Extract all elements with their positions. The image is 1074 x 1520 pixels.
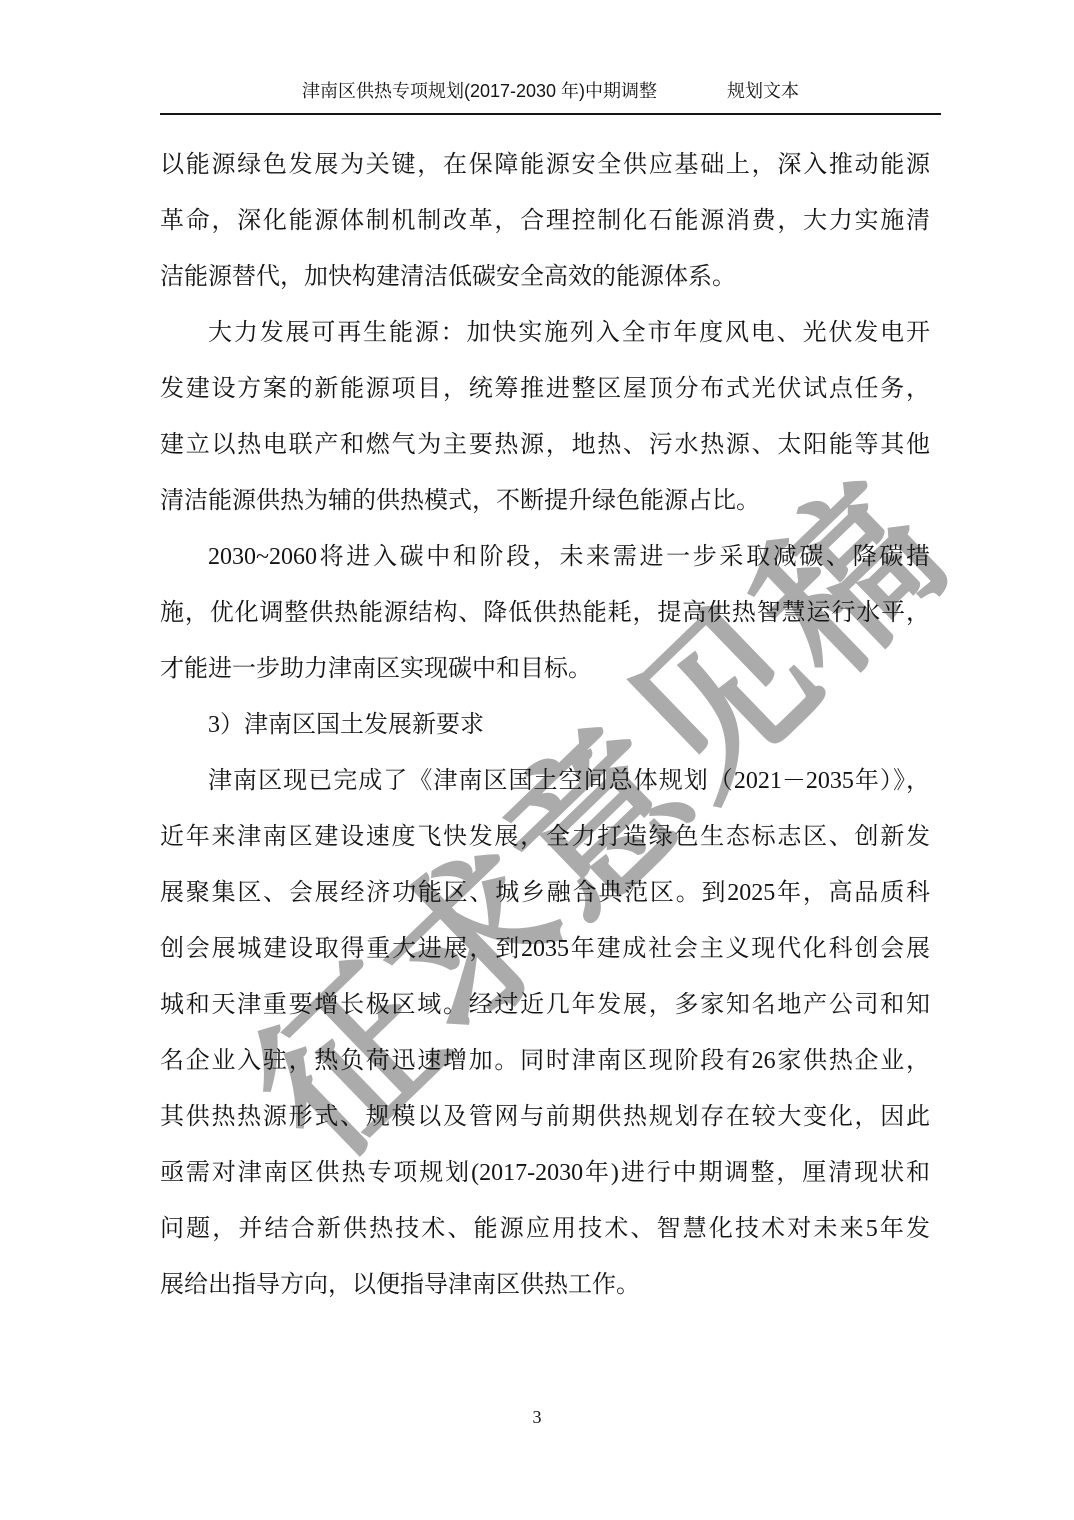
page-number: 3 [533,1407,542,1427]
body-line: 施，优化调整供热能源结构、降低供热能耗，提高供热智慧运行水平， [160,585,930,641]
body-line: 清洁能源供热为辅的供热模式，不断提升绿色能源占比。 [160,473,930,529]
page-footer: 3 [0,1405,1074,1429]
header-doc-type: 规划文本 [727,81,799,101]
document-page: 征求意见稿 津南区供热专项规划(2017-2030 年)中期调整规划文本 以能源… [0,0,1074,1520]
body-line: 大力发展可再生能源：加快实施列入全市年度风电、光伏发电开 [160,305,930,361]
header-title: 津南区供热专项规划(2017-2030 年)中期调整 [302,81,657,101]
body-line: 以能源绿色发展为关键，在保障能源安全供应基础上，深入推动能源 [160,137,930,193]
body-line: 2030~2060将进入碳中和阶段，未来需进一步采取减碳、降碳措 [160,529,930,585]
body-line: 创会展城建设取得重大进展，到2035年建成社会主义现代化科创会展 [160,921,930,977]
body-line: 发建设方案的新能源项目，统筹推进整区屋顶分布式光伏试点任务， [160,361,930,417]
body-line: 才能进一步助力津南区实现碳中和目标。 [160,641,930,697]
body-line: 问题，并结合新供热技术、能源应用技术、智慧化技术对未来5年发 [160,1201,930,1257]
body-line: 展聚集区、会展经济功能区、城乡融合典范区。到2025年，高品质科 [160,865,930,921]
body-line: 城和天津重要增长极区域。经过近几年发展，多家知名地产公司和知 [160,977,930,1033]
page-header: 津南区供热专项规划(2017-2030 年)中期调整规划文本 [160,78,941,115]
body-line: 其供热热源形式、规模以及管网与前期供热规划存在较大变化，因此 [160,1089,930,1145]
body-line: 近年来津南区建设速度飞快发展，全力打造绿色生态标志区、创新发 [160,809,930,865]
body-line: 名企业入驻，热负荷迅速增加。同时津南区现阶段有26家供热企业， [160,1033,930,1089]
document-body: 以能源绿色发展为关键，在保障能源安全供应基础上，深入推动能源革命，深化能源体制机… [160,137,930,1313]
body-line: 3）津南区国土发展新要求 [160,697,930,753]
body-line: 革命，深化能源体制机制改革，合理控制化石能源消费，大力实施清 [160,193,930,249]
body-line: 津南区现已完成了《津南区国土空间总体规划（2021－2035年）》， [160,753,930,809]
body-line: 洁能源替代，加快构建清洁低碳安全高效的能源体系。 [160,249,930,305]
body-line: 建立以热电联产和燃气为主要热源，地热、污水热源、太阳能等其他 [160,417,930,473]
body-line: 亟需对津南区供热专项规划(2017-2030年)进行中期调整，厘清现状和 [160,1145,930,1201]
body-line: 展给出指导方向，以便指导津南区供热工作。 [160,1257,930,1313]
